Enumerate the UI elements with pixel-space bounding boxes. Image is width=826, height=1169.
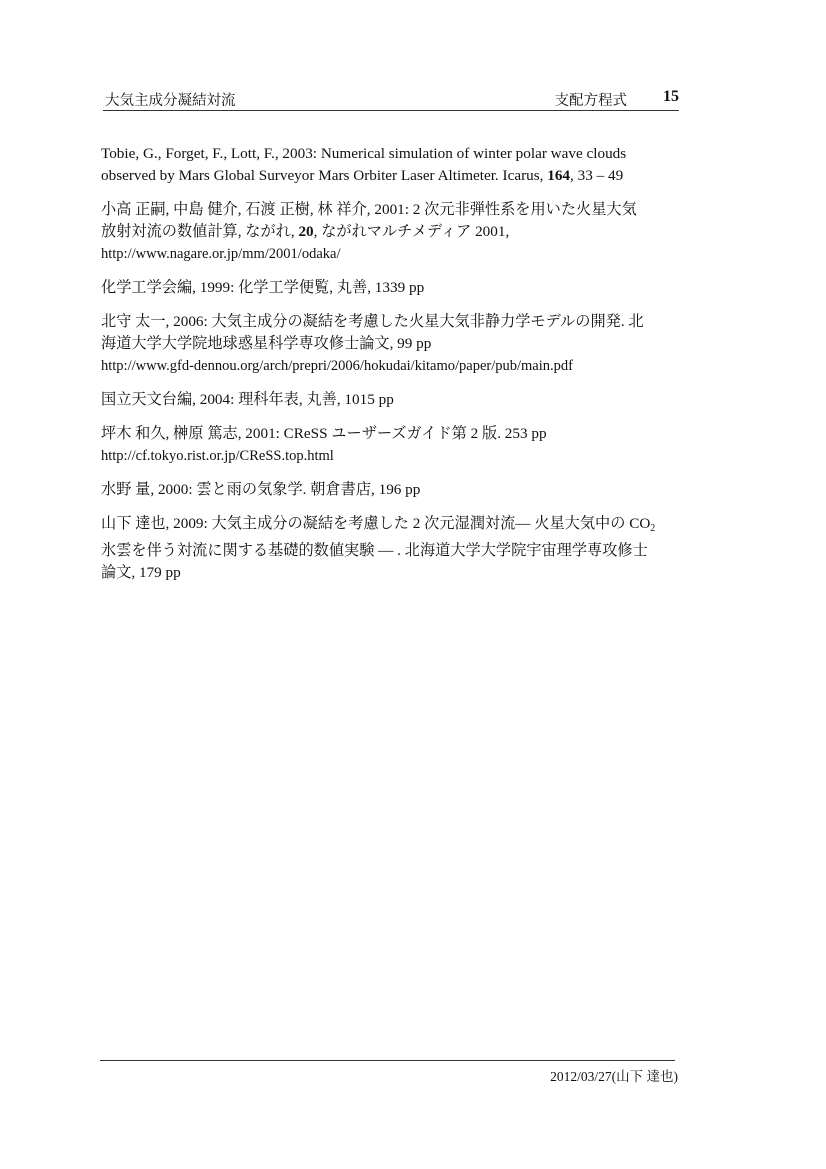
reference-line: 小高 正嗣, 中島 健介, 石渡 正樹, 林 祥介, 2001: 2 次元非弾性… [101,199,681,221]
page-number: 15 [663,88,679,106]
reference-line: 坪木 和久, 榊原 篤志, 2001: CReSS ユーザーズガイド第 2 版.… [101,423,681,445]
subscript: 2 [650,523,655,534]
reference-line: 国立天文台編, 2004: 理科年表, 丸善, 1015 pp [101,389,681,411]
reference-url[interactable]: http://cf.tokyo.rist.or.jp/CReSS.top.htm… [101,445,681,467]
reference-item: 化学工学会編, 1999: 化学工学便覧, 丸善, 1339 pp [101,277,681,299]
reference-line: 化学工学会編, 1999: 化学工学便覧, 丸善, 1339 pp [101,277,681,299]
reference-line: Tobie, G., Forget, F., Lott, F., 2003: N… [101,143,681,165]
volume-number: 164 [547,167,570,184]
reference-item: Tobie, G., Forget, F., Lott, F., 2003: N… [101,143,681,187]
reference-item: 水野 量, 2000: 雲と雨の気象学. 朝倉書店, 196 pp [101,479,681,501]
reference-list: Tobie, G., Forget, F., Lott, F., 2003: N… [101,143,681,596]
reference-line: 放射対流の数値計算, ながれ, 20, ながれマルチメディア 2001, [101,221,681,243]
section-title: 支配方程式 [555,89,628,110]
reference-item: 山下 達也, 2009: 大気主成分の凝結を考慮した 2 次元湿潤対流— 火星大… [101,513,681,584]
document-page: 大気主成分凝結対流 支配方程式 15 Tobie, G., Forget, F.… [0,0,826,1169]
reference-line: 海道大学大学院地球惑星科学専攻修士論文, 99 pp [101,333,681,355]
reference-line: 氷雲を伴う対流に関する基礎的数値実験 — . 北海道大学大学院宇宙理学専攻修士 [101,540,681,562]
footer-date-author: 2012/03/27(山下 達也) [550,1065,678,1085]
reference-line: 山下 達也, 2009: 大気主成分の凝結を考慮した 2 次元湿潤対流— 火星大… [101,513,681,540]
footer-divider [100,1060,675,1061]
reference-url[interactable]: http://www.nagare.or.jp/mm/2001/odaka/ [101,243,681,265]
reference-item: 小高 正嗣, 中島 健介, 石渡 正樹, 林 祥介, 2001: 2 次元非弾性… [101,199,681,265]
reference-line: 北守 太一, 2006: 大気主成分の凝結を考慮した火星大気非静力学モデルの開発… [101,311,681,333]
reference-item: 国立天文台編, 2004: 理科年表, 丸善, 1015 pp [101,389,681,411]
reference-item: 北守 太一, 2006: 大気主成分の凝結を考慮した火星大気非静力学モデルの開発… [101,311,681,377]
reference-line: 論文, 179 pp [101,562,681,584]
reference-item: 坪木 和久, 榊原 篤志, 2001: CReSS ユーザーズガイド第 2 版.… [101,423,681,467]
volume-number: 20 [298,223,313,240]
chapter-title: 大気主成分凝結対流 [105,89,236,110]
running-header: 大気主成分凝結対流 支配方程式 15 [103,86,679,111]
reference-line: 水野 量, 2000: 雲と雨の気象学. 朝倉書店, 196 pp [101,479,681,501]
reference-line: observed by Mars Global Surveyor Mars Or… [101,165,681,187]
reference-url[interactable]: http://www.gfd-dennou.org/arch/prepri/20… [101,355,681,377]
